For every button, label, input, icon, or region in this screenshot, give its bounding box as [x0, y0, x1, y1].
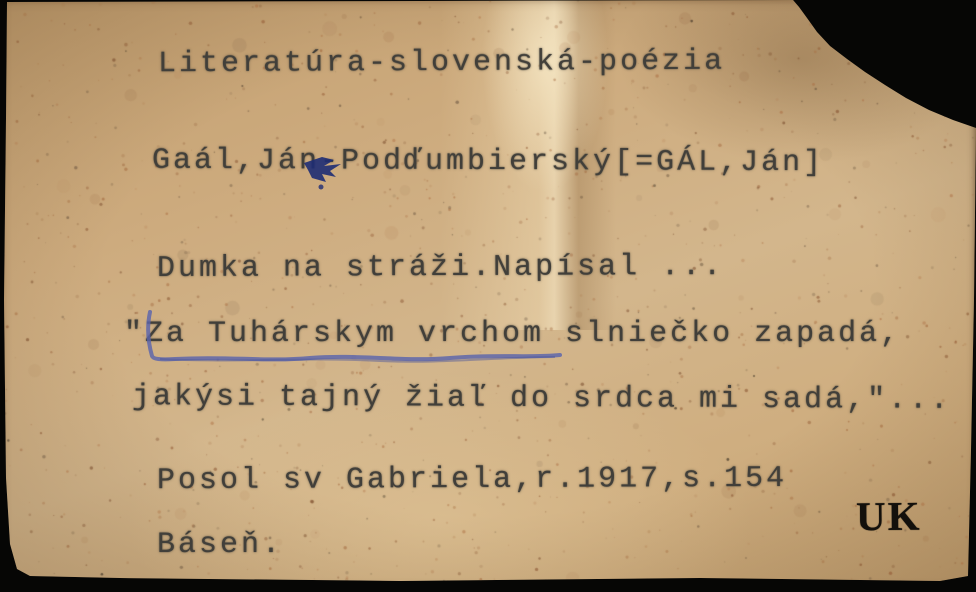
source-citation: Posol sv Gabriela,r.1917,s.154: [157, 462, 787, 498]
quote-line-1: "Za Tuhárskym vrchom slniečko zapadá,: [124, 317, 901, 351]
catalog-card: Literatúra-slovenská-poézia Gaál,Ján-Pod…: [0, 0, 976, 592]
subject-heading: Literatúra-slovenská-poézia: [158, 45, 725, 81]
genre-note: Báseň.: [157, 528, 283, 562]
author-heading: Gaál,Ján-Podďumbierský[=GÁL,Ján]: [152, 144, 824, 180]
scan-background: Literatúra-slovenská-poézia Gaál,Ján-Pod…: [0, 0, 976, 592]
title-statement: Dumka na stráži.Napísal ...: [157, 250, 724, 286]
paper-speckle-texture: [0, 0, 976, 592]
library-stamp: UK: [856, 492, 922, 541]
quote-line-2: jakýsi tajný žiaľ do srdca mi sadá,"...: [132, 380, 951, 418]
